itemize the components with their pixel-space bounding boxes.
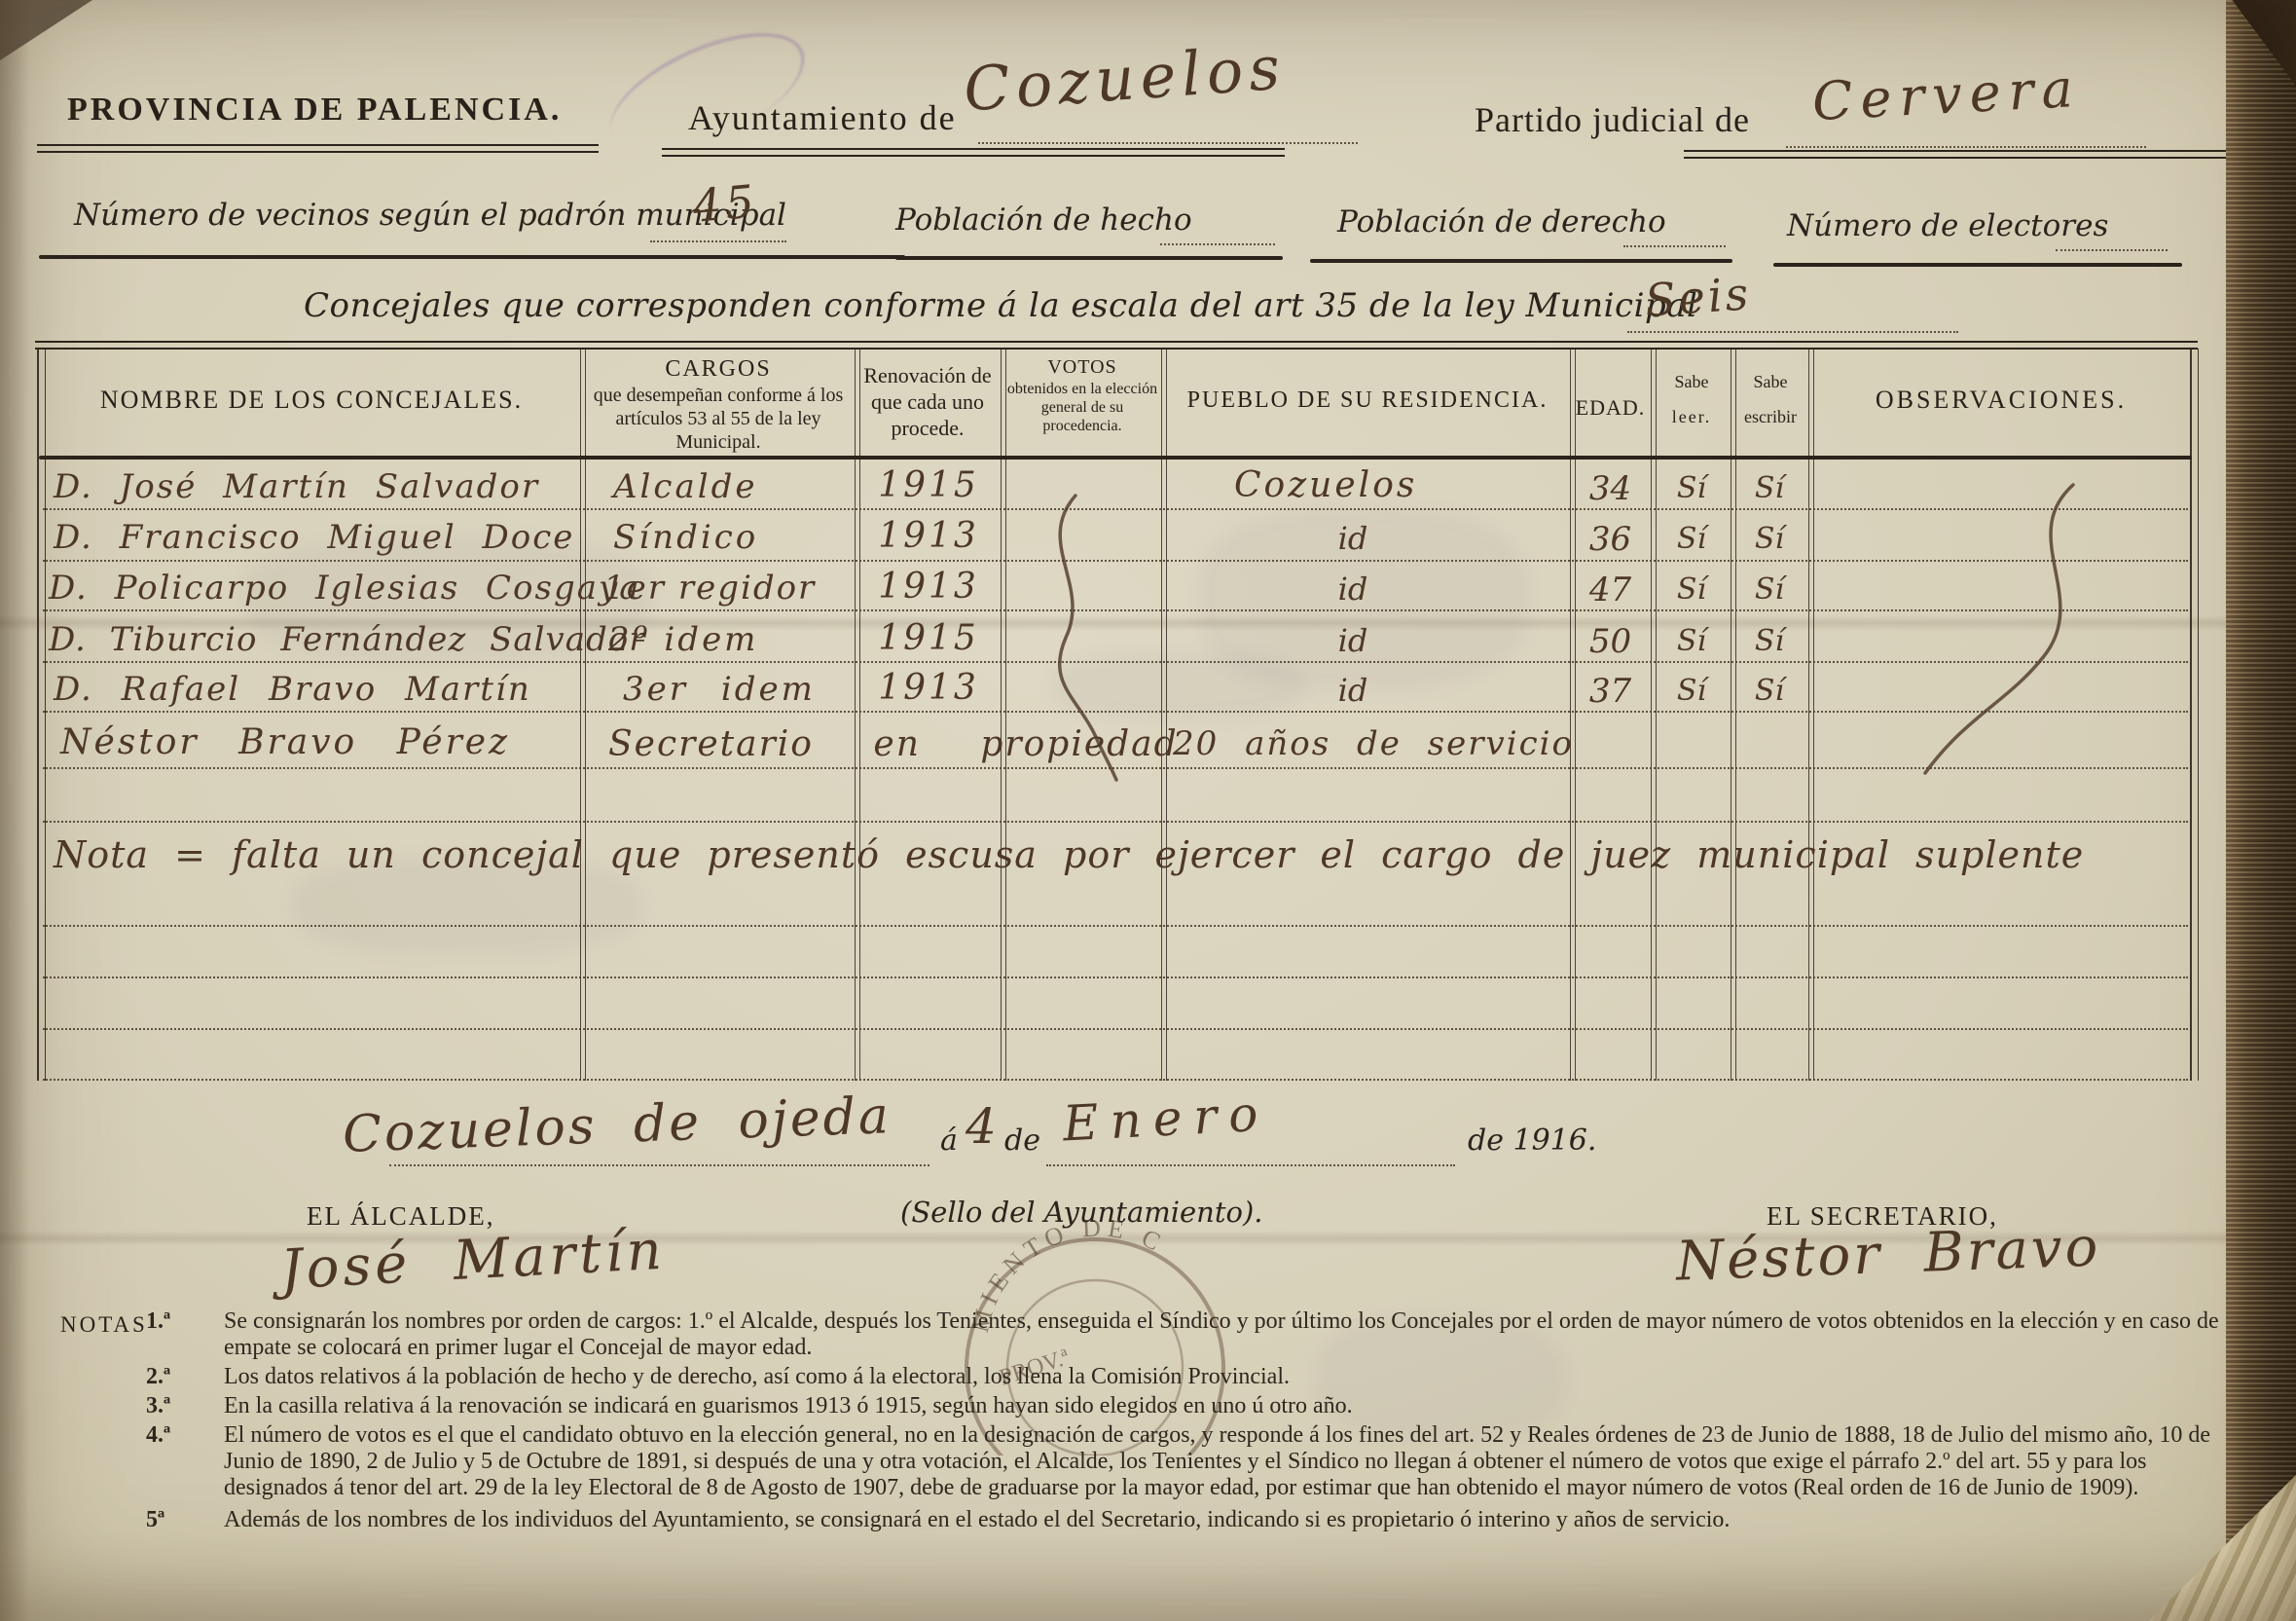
col-header-pueblo: PUEBLO DE SU RESIDENCIA.	[1168, 387, 1567, 415]
col-header-sabe-leer-1: Sabe	[1653, 372, 1731, 392]
row-line	[43, 1028, 2188, 1030]
ayuntamiento-value-handwritten: Cozuelos	[962, 32, 1288, 126]
concejal-name: D. Francisco Miguel Doce	[54, 518, 574, 557]
col-header-cargos-sub: que desempeñan conforme á los artículos …	[584, 384, 853, 454]
nota-number: 3.ª	[146, 1393, 214, 1419]
concejal-pueblo: Cozuelos	[1234, 465, 1417, 505]
edge-shadow	[0, 0, 29, 1621]
nota-item: 3.ª En la casilla relativa á la renovaci…	[146, 1393, 2219, 1419]
concejal-renovacion: 1913	[856, 668, 1001, 708]
date-de-label: de	[1004, 1124, 1040, 1158]
concejal-edad: 47	[1570, 571, 1651, 609]
vecinos-label: Número de vecinos según el padrón munici…	[74, 198, 786, 233]
nota-item: 4.ª El número de votos es el que el cand…	[146, 1422, 2219, 1501]
dotted-line	[1786, 146, 2146, 148]
date-a-label: á	[940, 1124, 958, 1158]
col-header-nombre: NOMBRE DE LOS CONCEJALES.	[58, 386, 565, 415]
concejal-sabe-escribir: Sí	[1731, 522, 1808, 556]
observations-brace-mark	[1898, 479, 2102, 791]
notas-list: 1.ª Se consignarán los nombres por orden…	[146, 1308, 2219, 1536]
col-header-edad: EDAD.	[1570, 395, 1651, 420]
col-header-renovacion: Renovación de que cada uno procede.	[856, 362, 999, 441]
concejal-edad: 34	[1570, 469, 1651, 508]
dotted-line	[978, 142, 1358, 144]
concejal-pueblo: id	[1256, 520, 1450, 557]
concejal-pueblo: id	[1256, 672, 1450, 709]
date-month-handwritten: Enero	[1062, 1085, 1271, 1152]
header-rule	[662, 148, 1285, 157]
concejal-renovacion: 1913	[856, 516, 1001, 556]
concejal-sabe-escribir: Sí	[1731, 471, 1808, 505]
concejal-renovacion: 1915	[856, 618, 1001, 658]
concejal-name: D. Policarpo Iglesias Cosgaya	[49, 569, 640, 608]
nota-number: 4.ª	[146, 1422, 214, 1449]
nota-text: En la casilla relativa á la renovación s…	[224, 1393, 1353, 1418]
nota-text: Se consignarán los nombres por orden de …	[224, 1308, 2219, 1360]
concejal-sabe-escribir: Sí	[1731, 674, 1808, 708]
concejal-name: D. Tiburcio Fernández Salvador	[49, 620, 646, 659]
book-page-edge	[2226, 0, 2296, 1621]
nota-item: 1.ª Se consignarán los nombres por orden…	[146, 1308, 2219, 1361]
concejal-sabe-leer: Sí	[1653, 572, 1731, 607]
concejal-edad: 50	[1570, 622, 1651, 661]
nota-number: 5ª	[146, 1507, 214, 1533]
concejal-cargo: Síndico	[613, 518, 758, 557]
concejal-cargo: Alcalde	[613, 467, 758, 506]
rule	[1773, 263, 2182, 267]
concejales-escala-value-handwritten: Seis	[1643, 267, 1753, 326]
col-header-sabe-leer-2: leer.	[1653, 407, 1731, 427]
col-header-votos-sub: obtenidos en la elección general de su p…	[1004, 380, 1160, 435]
col-header-votos-title: VOTOS	[1004, 356, 1160, 379]
header-rule	[1684, 150, 2229, 159]
concejales-escala-label: Concejales que corresponden conforme á l…	[304, 286, 1697, 325]
concejal-renovacion: 1913	[856, 567, 1001, 607]
concejal-edad: 36	[1570, 520, 1651, 559]
concejal-edad: 37	[1570, 672, 1651, 711]
secretary-servicio: 20 años de servicio	[1173, 724, 1574, 763]
header-bottom-rule	[39, 456, 2192, 460]
poblacion-hecho-label: Población de hecho	[895, 203, 1192, 238]
rule	[895, 256, 1283, 260]
concejal-sabe-leer: Sí	[1653, 624, 1731, 658]
nota-text: Los datos relativos á la población de he…	[224, 1364, 1290, 1389]
scanned-document-page: PROVINCIA DE PALENCIA. Ayuntamiento de C…	[0, 0, 2296, 1621]
secretario-signature: Néstor Bravo	[1675, 1215, 2101, 1293]
date-year-label: de 1916.	[1468, 1124, 1596, 1158]
nota-number: 2.ª	[146, 1364, 214, 1390]
row-line	[43, 976, 2188, 978]
electores-label: Número de electores	[1787, 208, 2108, 243]
province-title: PROVINCIA DE PALENCIA.	[67, 92, 562, 129]
dotted-line	[650, 240, 786, 242]
concejal-sabe-escribir: Sí	[1731, 624, 1808, 658]
dotted-line	[1627, 331, 1958, 333]
concejal-renovacion: 1915	[856, 465, 1001, 505]
alcalde-label: EL ÁLCALDE,	[307, 1201, 494, 1232]
col-header-observaciones: OBSERVACIONES.	[1812, 386, 2190, 415]
nota-row-handwritten: Nota = falta un concejal que presentó es…	[54, 833, 2084, 876]
rule	[1310, 259, 1732, 263]
table-top-rule	[35, 341, 2198, 350]
concejal-cargo: 1er regidor	[603, 569, 816, 608]
dotted-line	[1623, 245, 1726, 247]
concejal-sabe-escribir: Sí	[1731, 572, 1808, 607]
concejal-sabe-leer: Sí	[1653, 674, 1731, 708]
row-line	[43, 1079, 2188, 1081]
col-header-sabe-escribir-2: escribir	[1732, 407, 1808, 427]
header-rule	[37, 144, 599, 153]
dotted-line	[1160, 243, 1275, 245]
ayuntamiento-label: Ayuntamiento de	[688, 97, 957, 138]
nota-number: 1.ª	[146, 1308, 214, 1335]
concejal-name: D. José Martín Salvador	[54, 467, 539, 506]
nota-item: 2.ª Los datos relativos á la población d…	[146, 1364, 2219, 1390]
concejal-sabe-leer: Sí	[1653, 522, 1731, 556]
poblacion-derecho-label: Población de derecho	[1337, 204, 1666, 239]
votes-brace-mark	[1007, 492, 1124, 784]
concejal-cargo: 3er idem	[623, 670, 816, 709]
notas-label: NOTAS	[60, 1312, 148, 1338]
concejal-cargo: 2º idem	[608, 620, 758, 659]
rule	[39, 255, 905, 259]
nota-text: Además de los nombres de los individuos …	[224, 1507, 1730, 1532]
col-header-sabe-escribir-1: Sabe	[1732, 372, 1808, 392]
dotted-line	[2056, 249, 2168, 251]
dotted-line	[389, 1164, 929, 1166]
nota-text: El número de votos es el que el candidat…	[224, 1422, 2210, 1500]
concejal-sabe-leer: Sí	[1653, 471, 1731, 505]
concejal-pueblo: id	[1256, 622, 1450, 659]
partido-value-handwritten: Cervera	[1811, 57, 2082, 132]
concejal-pueblo: id	[1256, 571, 1450, 608]
nota-item: 5ª Además de los nombres de los individu…	[146, 1507, 2219, 1533]
date-place-handwritten: Cozuelos de ojeda	[342, 1087, 893, 1164]
partido-label: Partido judicial de	[1475, 99, 1750, 140]
row-line	[43, 925, 2188, 927]
secretary-name: Néstor Bravo Pérez	[60, 722, 510, 762]
col-header-cargos-title: CARGOS	[586, 356, 851, 384]
date-day-handwritten: 4	[966, 1098, 997, 1155]
concejal-name: D. Rafael Bravo Martín	[54, 670, 531, 709]
vecinos-value-handwritten: 45	[691, 174, 760, 233]
row-line	[43, 821, 2188, 823]
